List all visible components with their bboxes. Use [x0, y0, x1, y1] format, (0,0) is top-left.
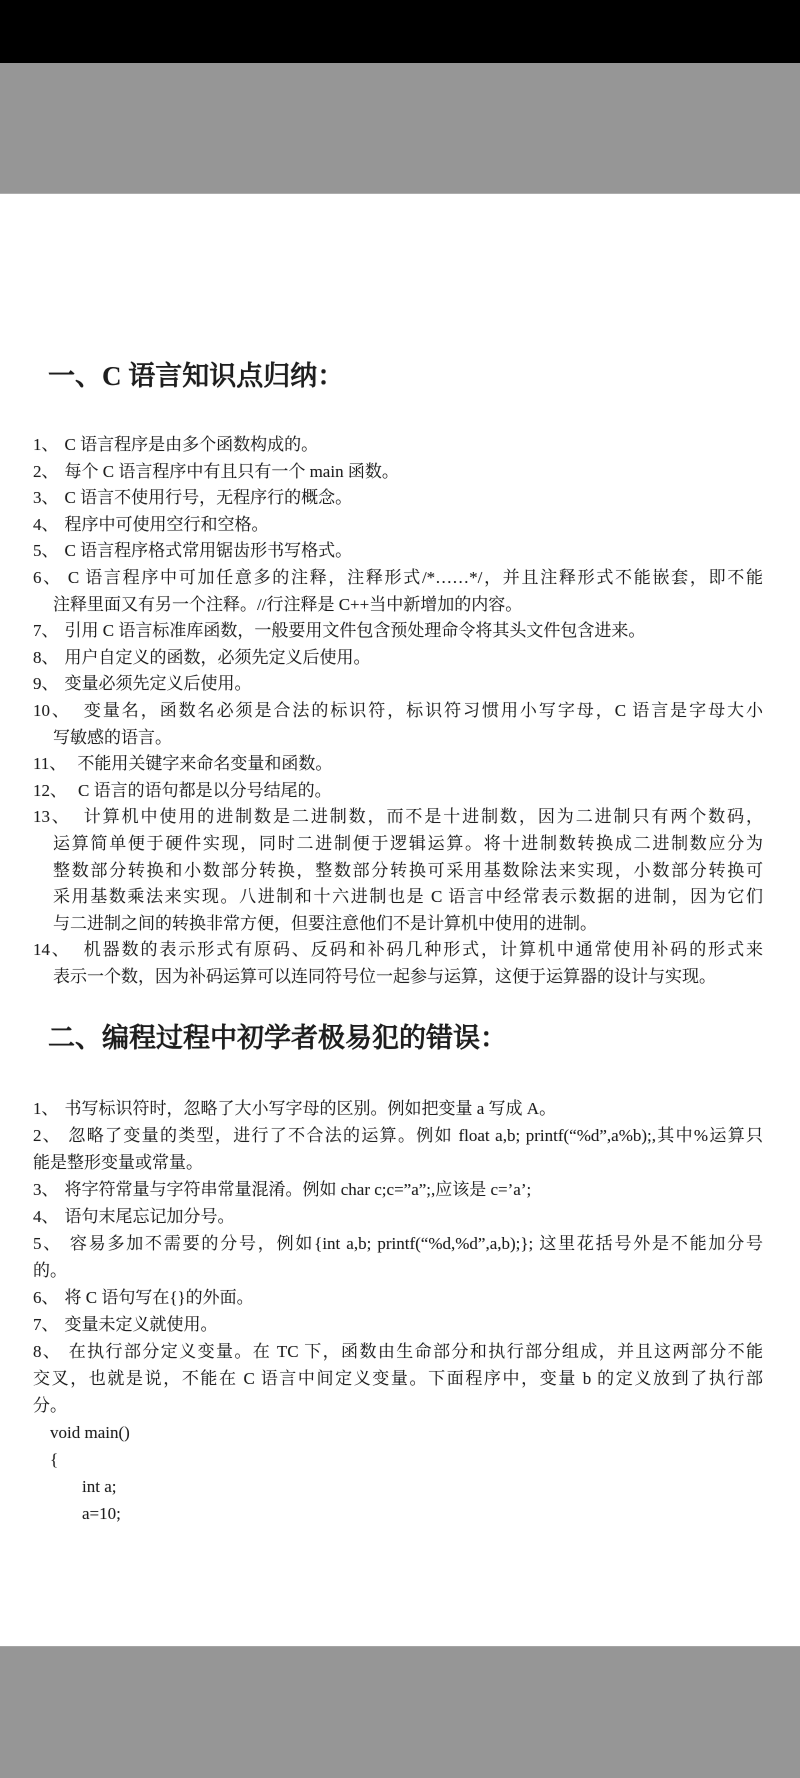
text-line: 能是整形变量或常量。 — [33, 1149, 763, 1176]
text-line: 交叉，也就是说，不能在 C 语言中间定义变量。下面程序中，变量 b 的定义放到了… — [33, 1365, 763, 1392]
code-line: int a; — [33, 1473, 763, 1500]
item-number: 3、 — [33, 1180, 59, 1199]
item-text: 将字符常量与字符串常量混淆。例如 char c;c=”a”;,应该是 c=’a’… — [65, 1180, 532, 1199]
list-item: 7、引用 C 语言标准库函数，一般要用文件包含预处理命令将其头文件包含进来。 — [33, 618, 763, 645]
list-item: 6、将 C 语句写在{}的外面。 — [33, 1284, 763, 1311]
list-item: 8、在执行部分定义变量。在 TC 下，函数由生命部分和执行部分组成，并且这两部分… — [33, 1338, 763, 1419]
text-line: 的。 — [33, 1257, 763, 1284]
text-line: 14、机器数的表示形式有原码、反码和补码几种形式，计算机中通常使用补码的形式来 — [33, 937, 763, 964]
text-line: 6、将 C 语句写在{}的外面。 — [33, 1284, 763, 1311]
item-number: 10、 — [33, 701, 71, 720]
text-line: 3、将字符常量与字符串常量混淆。例如 char c;c=”a”;,应该是 c=’… — [33, 1176, 763, 1203]
item-text: 计算机中使用的进制数是二进制数，而不是十进制数，因为二进制只有两个数码， — [82, 807, 763, 826]
item-number: 8、 — [33, 1342, 61, 1361]
text-line: 1、C 语言程序是由多个函数构成的。 — [33, 432, 763, 459]
item-number: 13、 — [33, 807, 71, 826]
list-item: 5、容易多加不需要的分号，例如{int a,b; printf(“%d,%d”,… — [33, 1230, 763, 1284]
item-text: 书写标识符时，忽略了大小写字母的区别。例如把变量 a 写成 A。 — [65, 1099, 557, 1118]
document-backdrop-top — [0, 63, 800, 194]
text-line: 与二进制之间的转换非常方便，但要注意他们不是计算机中使用的进制。 — [33, 911, 763, 938]
list-item: 2、忽略了变量的类型，进行了不合法的运算。例如 float a,b; print… — [33, 1122, 763, 1176]
list-item: 7、变量未定义就使用。 — [33, 1311, 763, 1338]
item-number: 1、 — [33, 435, 59, 454]
item-number: 3、 — [33, 488, 59, 507]
item-text: 在执行部分定义变量。在 TC 下，函数由生命部分和执行部分组成，并且这两部分不能 — [67, 1342, 763, 1361]
item-number: 9、 — [33, 674, 59, 693]
text-line: 2、忽略了变量的类型，进行了不合法的运算。例如 float a,b; print… — [33, 1122, 763, 1149]
list-item: 1、C 语言程序是由多个函数构成的。 — [33, 432, 763, 459]
item-number: 12、 — [33, 781, 67, 800]
item-number: 5、 — [33, 541, 59, 560]
item-text: 变量必须先定义后使用。 — [65, 674, 252, 693]
list-item: 6、C 语言程序中可加任意多的注释，注释形式/*……*/，并且注释形式不能嵌套，… — [33, 565, 763, 618]
item-text: 程序中可使用空行和空格。 — [65, 515, 269, 534]
item-text: 将 C 语句写在{}的外面。 — [65, 1288, 254, 1307]
text-line: 2、每个 C 语言程序中有且只有一个 main 函数。 — [33, 459, 763, 486]
text-line: 7、变量未定义就使用。 — [33, 1311, 763, 1338]
list-item: 4、语句末尾忘记加分号。 — [33, 1203, 763, 1230]
code-block: void main(){int a;a=10; — [33, 1419, 763, 1527]
item-number: 4、 — [33, 515, 59, 534]
list-item: 9、变量必须先定义后使用。 — [33, 671, 763, 698]
item-text: 每个 C 语言程序中有且只有一个 main 函数。 — [65, 462, 399, 481]
code-line: a=10; — [33, 1500, 763, 1527]
item-text: 引用 C 语言标准库函数，一般要用文件包含预处理命令将其头文件包含进来。 — [65, 621, 646, 640]
text-line: 1、书写标识符时，忽略了大小写字母的区别。例如把变量 a 写成 A。 — [33, 1095, 763, 1122]
text-line: 5、C 语言程序格式常用锯齿形书写格式。 — [33, 538, 763, 565]
list-item: 13、计算机中使用的进制数是二进制数，而不是十进制数，因为二进制只有两个数码，运… — [33, 804, 763, 937]
section2-heading: 二、编程过程中初学者极易犯的错误： — [33, 1021, 763, 1055]
text-line: 9、变量必须先定义后使用。 — [33, 671, 763, 698]
text-line: 运算简单便于硬件实现，同时二进制便于逻辑运算。将十进制数转换成二进制数应分为 — [33, 831, 763, 858]
item-number: 1、 — [33, 1099, 59, 1118]
text-line: 4、语句末尾忘记加分号。 — [33, 1203, 763, 1230]
text-line: 5、容易多加不需要的分号，例如{int a,b; printf(“%d,%d”,… — [33, 1230, 763, 1257]
text-line: 6、C 语言程序中可加任意多的注释，注释形式/*……*/，并且注释形式不能嵌套，… — [33, 565, 763, 592]
item-number: 7、 — [33, 1315, 59, 1334]
item-number: 2、 — [33, 462, 59, 481]
text-line: 整数部分转换和小数部分转换，整数部分转换可采用基数除法来实现，小数部分转换可 — [33, 858, 763, 885]
item-text: 用户自定义的函数，必须先定义后使用。 — [65, 648, 371, 667]
item-number: 14、 — [33, 940, 71, 959]
item-number: 5、 — [33, 1234, 62, 1253]
item-text: C 语言程序中可加任意多的注释，注释形式/*……*/，并且注释形式不能嵌套，即不… — [68, 568, 763, 587]
list-item: 12、C 语言的语句都是以分号结尾的。 — [33, 778, 763, 805]
document-backdrop-bottom — [0, 1646, 800, 1778]
item-text: 容易多加不需要的分号，例如{int a,b; printf(“%d,%d”,a,… — [68, 1234, 763, 1253]
item-text: C 语言不使用行号，无程序行的概念。 — [65, 488, 353, 507]
list-item: 10、变量名，函数名必须是合法的标识符，标识符习惯用小写字母，C 语言是字母大小… — [33, 698, 763, 751]
section1-list: 1、C 语言程序是由多个函数构成的。2、每个 C 语言程序中有且只有一个 mai… — [33, 432, 763, 990]
status-bar — [0, 0, 800, 63]
text-line: 注释里面又有另一个注释。//行注释是 C++当中新增加的内容。 — [33, 592, 763, 619]
text-line: 采用基数乘法来实现。八进制和十六进制也是 C 语言中经常表示数据的进制，因为它们 — [33, 884, 763, 911]
item-text: 语句末尾忘记加分号。 — [65, 1207, 235, 1226]
item-number: 6、 — [33, 568, 62, 587]
item-number: 7、 — [33, 621, 59, 640]
item-text: C 语言程序是由多个函数构成的。 — [65, 435, 319, 454]
text-line: 表示一个数，因为补码运算可以连同符号位一起参与运算，这便于运算器的设计与实现。 — [33, 964, 763, 991]
text-line: 4、程序中可使用空行和空格。 — [33, 512, 763, 539]
text-line: 8、在执行部分定义变量。在 TC 下，函数由生命部分和执行部分组成，并且这两部分… — [33, 1338, 763, 1365]
list-item: 3、C 语言不使用行号，无程序行的概念。 — [33, 485, 763, 512]
item-number: 4、 — [33, 1207, 59, 1226]
text-line: 7、引用 C 语言标准库函数，一般要用文件包含预处理命令将其头文件包含进来。 — [33, 618, 763, 645]
section1-heading: 一、C 语言知识点归纳： — [33, 359, 763, 393]
list-item: 8、用户自定义的函数，必须先定义后使用。 — [33, 645, 763, 672]
list-item: 2、每个 C 语言程序中有且只有一个 main 函数。 — [33, 459, 763, 486]
list-item: 11、不能用关键字来命名变量和函数。 — [33, 751, 763, 778]
item-number: 2、 — [33, 1126, 61, 1145]
list-item: 1、书写标识符时，忽略了大小写字母的区别。例如把变量 a 写成 A。 — [33, 1095, 763, 1122]
item-number: 6、 — [33, 1288, 59, 1307]
item-text: 机器数的表示形式有原码、反码和补码几种形式，计算机中通常使用补码的形式来 — [82, 940, 763, 959]
item-text: 变量未定义就使用。 — [65, 1315, 218, 1334]
list-item: 3、将字符常量与字符串常量混淆。例如 char c;c=”a”;,应该是 c=’… — [33, 1176, 763, 1203]
code-line: { — [33, 1446, 763, 1473]
document-page: 一、C 语言知识点归纳： 1、C 语言程序是由多个函数构成的。2、每个 C 语言… — [0, 194, 800, 1646]
text-line: 12、C 语言的语句都是以分号结尾的。 — [33, 778, 763, 805]
list-item: 4、程序中可使用空行和空格。 — [33, 512, 763, 539]
list-item: 14、机器数的表示形式有原码、反码和补码几种形式，计算机中通常使用补码的形式来表… — [33, 937, 763, 990]
text-line: 8、用户自定义的函数，必须先定义后使用。 — [33, 645, 763, 672]
text-line: 10、变量名，函数名必须是合法的标识符，标识符习惯用小写字母，C 语言是字母大小 — [33, 698, 763, 725]
item-number: 8、 — [33, 648, 59, 667]
text-line: 13、计算机中使用的进制数是二进制数，而不是十进制数，因为二进制只有两个数码， — [33, 804, 763, 831]
item-number: 11、 — [33, 754, 66, 773]
item-text: C 语言程序格式常用锯齿形书写格式。 — [65, 541, 353, 560]
item-text: 不能用关键字来命名变量和函数。 — [77, 754, 332, 773]
code-line: void main() — [33, 1419, 763, 1446]
item-text: 忽略了变量的类型，进行了不合法的运算。例如 float a,b; printf(… — [67, 1126, 763, 1145]
text-line: 写敏感的语言。 — [33, 725, 763, 752]
section2-list: 1、书写标识符时，忽略了大小写字母的区别。例如把变量 a 写成 A。2、忽略了变… — [33, 1095, 763, 1419]
item-text: C 语言的语句都是以分号结尾的。 — [78, 781, 332, 800]
text-line: 11、不能用关键字来命名变量和函数。 — [33, 751, 763, 778]
text-line: 3、C 语言不使用行号，无程序行的概念。 — [33, 485, 763, 512]
text-line: 分。 — [33, 1392, 763, 1419]
item-text: 变量名，函数名必须是合法的标识符，标识符习惯用小写字母，C 语言是字母大小 — [82, 701, 763, 720]
list-item: 5、C 语言程序格式常用锯齿形书写格式。 — [33, 538, 763, 565]
